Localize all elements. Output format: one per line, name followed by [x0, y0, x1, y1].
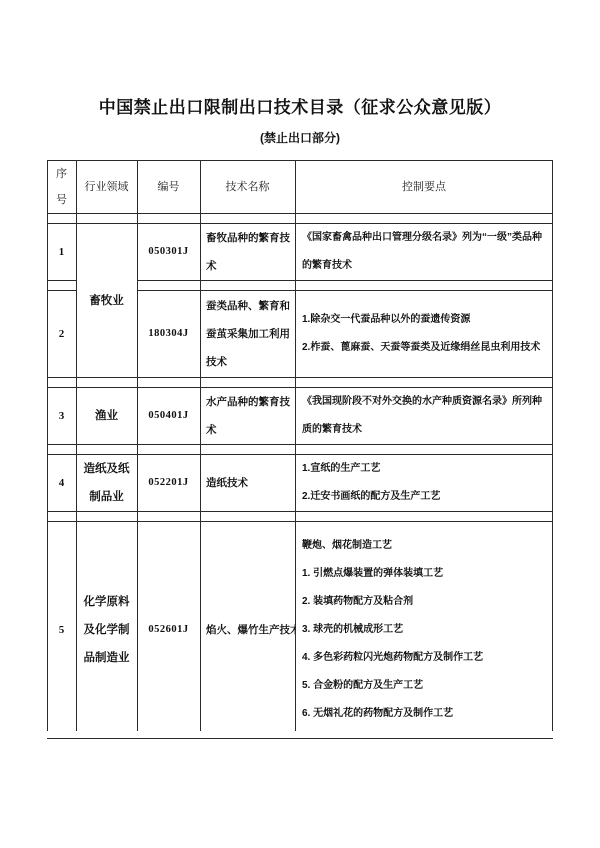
cell-name: 畜牧品种的繁育技术	[200, 223, 295, 281]
cell-name: 蚕类品种、繁育和蚕茧采集加工利用技术	[200, 290, 295, 378]
cell-seq: 2	[47, 290, 76, 378]
cell-code: 050401J	[137, 387, 200, 445]
table-vertical-border	[76, 160, 77, 731]
page-title: 中国禁止出口限制出口技术目录（征求公众意见版）	[0, 95, 600, 121]
cell-name: 焰火、爆竹生产技术	[200, 521, 295, 739]
cell-industry: 畜牧业	[76, 223, 137, 378]
table-vertical-border	[295, 160, 296, 731]
control-point: 2.迁安书画纸的配方及生产工艺	[302, 483, 547, 511]
cell-industry: 化学原料及化学制品制造业	[76, 521, 137, 739]
table-row: 3 渔业 050401J 水产品种的繁育技术 《我国现阶段不对外交换的水产种质资…	[47, 387, 553, 445]
table-vertical-border	[552, 160, 553, 731]
control-point: 6. 无烟礼花的药物配方及制作工艺	[302, 700, 547, 728]
control-point: 《国家畜禽品种出口管理分级名录》列为“一级”类品种的繁育技术	[302, 224, 547, 280]
catalog-table-grid: 序号 行业领域 编号 技术名称 控制要点 1 畜牧业 050301J 畜牧品种的…	[47, 151, 553, 748]
cell-name: 水产品种的繁育技术	[200, 387, 295, 445]
cell-seq: 4	[47, 454, 76, 512]
cell-points: 鞭炮、烟花制造工艺 1. 引燃点爆装置的弹体装填工艺 2. 装填药物配方及粘合剂…	[295, 521, 553, 739]
table-header-row: 序号 行业领域 编号 技术名称 控制要点	[47, 160, 553, 214]
cell-points: 《我国现阶段不对外交换的水产种质资源名录》所列种质的繁育技术	[295, 387, 553, 445]
control-point: 5. 合金粉的配方及生产工艺	[302, 672, 547, 700]
catalog-table: 序号 行业领域 编号 技术名称 控制要点 1 畜牧业 050301J 畜牧品种的…	[47, 151, 553, 740]
cell-industry: 渔业	[76, 387, 137, 445]
cell-code: 180304J	[137, 290, 200, 378]
table-row: 4 造纸及纸制品业 052201J 造纸技术 1.宣纸的生产工艺 2.迁安书画纸…	[47, 454, 553, 512]
cell-points: 1.宣纸的生产工艺 2.迁安书画纸的配方及生产工艺	[295, 454, 553, 512]
cell-code: 052601J	[137, 521, 200, 739]
column-header-name: 技术名称	[200, 160, 295, 214]
column-header-code: 编号	[137, 160, 200, 214]
control-point: 《我国现阶段不对外交换的水产种质资源名录》所列种质的繁育技术	[302, 388, 547, 444]
cell-industry: 造纸及纸制品业	[76, 454, 137, 512]
table-row: 1 畜牧业 050301J 畜牧品种的繁育技术 《国家畜禽品种出口管理分级名录》…	[47, 223, 553, 281]
column-header-points: 控制要点	[295, 160, 553, 214]
control-point: 1.宣纸的生产工艺	[302, 455, 547, 483]
column-header-industry: 行业领域	[76, 160, 137, 214]
table-vertical-border	[137, 160, 138, 731]
table-vertical-border	[47, 160, 48, 731]
cell-seq: 5	[47, 521, 76, 739]
control-point: 2. 装填药物配方及粘合剂	[302, 588, 547, 616]
control-point: 鞭炮、烟花制造工艺	[302, 532, 547, 560]
column-header-seq: 序号	[47, 160, 76, 214]
cell-points: 1.除杂交一代蚕品种以外的蚕遗传资源 2.柞蚕、蓖麻蚕、天蚕等蚕类及近缘绢丝昆虫…	[295, 290, 553, 378]
control-point: 1. 引燃点爆装置的弹体装填工艺	[302, 560, 547, 588]
control-point: 1.除杂交一代蚕品种以外的蚕遗传资源	[302, 306, 547, 334]
cell-code: 052201J	[137, 454, 200, 512]
control-point: 2.柞蚕、蓖麻蚕、天蚕等蚕类及近缘绢丝昆虫利用技术	[302, 334, 547, 362]
cell-points: 《国家畜禽品种出口管理分级名录》列为“一级”类品种的繁育技术	[295, 223, 553, 281]
cell-code: 050301J	[137, 223, 200, 281]
control-point: 4. 多色彩药粒闪光炮药物配方及制作工艺	[302, 644, 547, 672]
cell-seq: 3	[47, 387, 76, 445]
page-subtitle: (禁止出口部分)	[0, 128, 600, 148]
table-vertical-border	[200, 160, 201, 731]
cell-name: 造纸技术	[200, 454, 295, 512]
control-point: 3. 球壳的机械成形工艺	[302, 616, 547, 644]
table-row: 5 化学原料及化学制品制造业 052601J 焰火、爆竹生产技术 鞭炮、烟花制造…	[47, 521, 553, 739]
cell-seq: 1	[47, 223, 76, 281]
